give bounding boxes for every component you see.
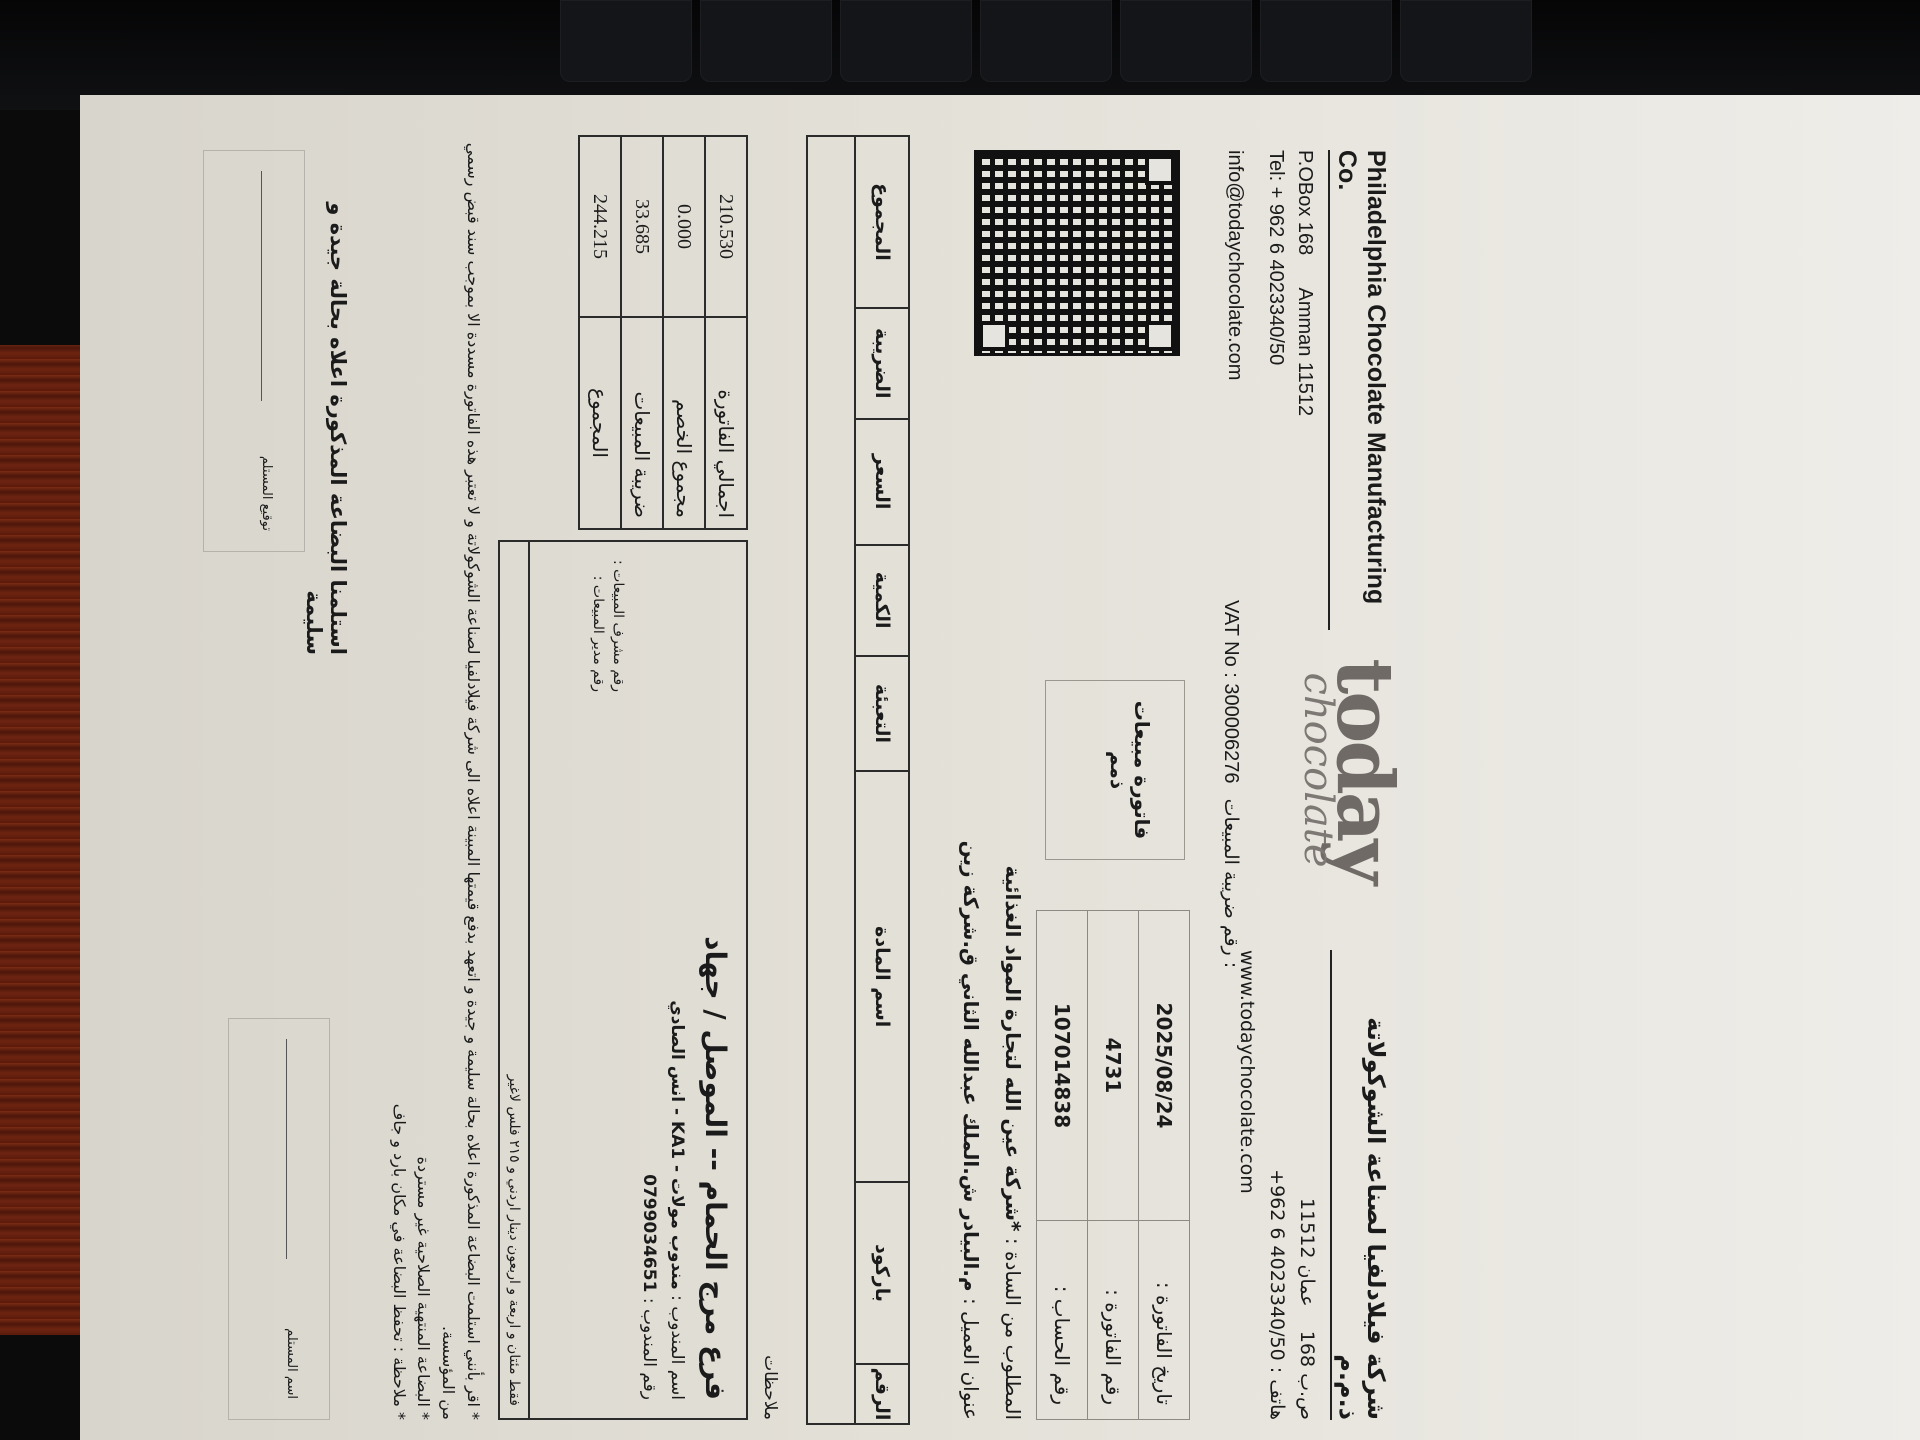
received-statement: استلمنا البضاعة المذكورة اعلاه بحالة جيد… [302,135,350,655]
invoice-title: فاتورة مبيعات ذمم [1106,681,1154,859]
terms-block: * اقر بأنني استلمت البضاعة المذكورة اعلا… [386,130,485,1420]
company-address-ar: ص.ب 168 عمان 11512 [1296,950,1318,1420]
invoice-page: شركة فيلادلفيا لصناعة الشوكولاتة ذ.م.م ص… [170,120,1430,1440]
grand-total: 244.215 [579,136,621,317]
customer-address: عنوان العميل : م.البيادر ش.الملك عبدالله… [959,700,983,1420]
vat-line: VAT No : 300006276 رقم ضريبة المبيعات : [1219,600,1242,1220]
receiver-name-box[interactable]: اسم المستلم [228,1018,330,1420]
company-name-ar: شركة فيلادلفيا لصناعة الشوكولاتة ذ.م.م [1330,950,1390,1420]
receiver-signature-box[interactable]: توقيع المستلم [203,150,305,552]
keyboard-key [1400,0,1532,82]
requested-from: المطلوب من السادة : *شركة عين الله لتجار… [1001,700,1025,1420]
amount-in-words: فقط مئتان و اربعة و اربعون دينار اردني و… [500,542,530,1418]
totals-table: اجمالي الفاتورة 210.530 مجموع الخصم 0.00… [578,135,748,530]
invoice-info-row: رقم الفاتورة : 4731 [1088,911,1139,1420]
table-row [807,136,855,1424]
company-name-en: Philadelphia Chocolate Manufacturing Co. [1328,150,1390,630]
supervisor-manager: رقم مشرف المبيعات : رقم مدير المبيعات : [590,560,626,692]
invoice-info-row: تاريخ الفاتورة : 2025/08/24 [1139,911,1190,1420]
account-number: 107014838 [1037,911,1088,1221]
term-item: * ملاحظة : تحفظ البضاعة في مكان بارد و ج… [386,130,411,1420]
discount-total: 0.000 [663,136,705,317]
notes-label: ملاحظات [760,1355,780,1420]
today-chocolate-logo: today chocolate [1295,640,1410,900]
keyboard-key [840,0,972,82]
qr-code-icon [974,150,1180,356]
invoice-total: 210.530 [705,136,747,317]
term-item: * اقر بأنني استلمت البضاعة المذكورة اعلا… [435,130,485,1420]
company-header-ar: شركة فيلادلفيا لصناعة الشوكولاتة ذ.م.م ص… [1236,950,1390,1420]
totals-row: مجموع الخصم 0.000 [663,136,705,529]
company-tel-en: Tel: + 962 6 4023340/50 [1264,150,1287,630]
keyboard-key [980,0,1112,82]
invoice-number: 4731 [1088,911,1139,1221]
keyboard-key [700,0,832,82]
customer-block: المطلوب من السادة : *شركة عين الله لتجار… [959,700,1025,1420]
keyboard-key [560,0,692,82]
company-pobox-en: P.OBox 168 Amman 11512 [1293,150,1316,630]
company-email: info@todaychocolate.com [1223,150,1246,630]
invoice-title-box: فاتورة مبيعات ذمم [1045,680,1185,860]
qr-finder-pattern [1145,321,1175,351]
items-table: الرقم باركود اسم المادة التعبئة الكمية ا… [806,135,910,1425]
company-header-en: Philadelphia Chocolate Manufacturing Co.… [1223,150,1390,630]
background-keyboard [0,0,1920,110]
items-table-header: الرقم باركود اسم المادة التعبئة الكمية ا… [855,136,909,1424]
term-item: * البضاعة المنتهية الصلاحية غير مستردة [411,130,436,1420]
sales-tax: 33.685 [621,136,663,317]
totals-row: المجموع 244.215 [579,136,621,529]
receiver-name-line [286,1039,287,1259]
notes-box: فرع مرج الحمام -- الموصل / جهاد اسم المن… [498,540,748,1420]
keyboard-key [1120,0,1252,82]
rep-name: اسم المندوب : مندوب مولات - KA1 - انس ال… [663,542,691,1418]
invoice-info-table: تاريخ الفاتورة : 2025/08/24 رقم الفاتورة… [1036,910,1190,1420]
keyboard-key [1260,0,1392,82]
branch-name: فرع مرج الحمام -- الموصل / جهاد [691,542,746,1418]
rep-number: رقم المندوب : 0799034651 [635,542,663,1418]
invoice-info-row: رقم الحساب : 107014838 [1037,911,1088,1420]
company-phone-ar: هاتف : +962 6 4023340/50 [1266,950,1288,1420]
receiver-signature-line [261,171,262,401]
totals-row: ضريبة المبيعات 33.685 [621,136,663,529]
totals-row: اجمالي الفاتورة 210.530 [705,136,747,529]
invoice-date: 2025/08/24 [1139,911,1190,1221]
